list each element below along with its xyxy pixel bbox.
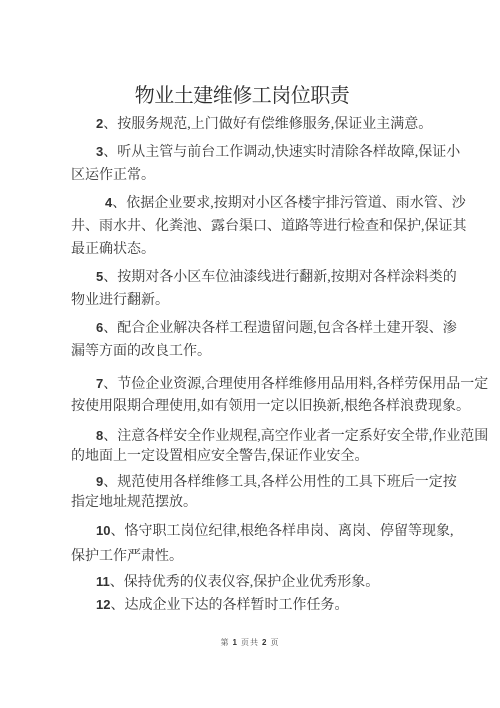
item-number: 6 [96,320,103,335]
paragraph-item-4: 4、依据企业要求,按期对小区各楼宇排污管道、雨水管、沙井、雨水井、化粪池、露台渠… [71,191,451,261]
item-number: 3 [96,144,103,159]
paragraph-item-8: 8、注意各样安全作业规程,高空作业者一定系好安全带,作业范围的地面上一定设置相应… [71,426,451,467]
paragraph-item-7: 7、节俭企业资源,合理使用各样维修用品用料,各样劳保用品一定按使用限期合理使用,… [71,373,451,418]
item-number: 2 [96,116,103,131]
page-number-footer: 第 1 页共 2 页 [0,637,500,649]
item-number: 8 [96,428,103,443]
document-title: 物业土建维修工岗位职责 [0,79,492,108]
item-number: 9 [96,474,103,489]
footer-page-digit: 1 [233,638,238,647]
document-body: 2、按服务规范,上门做好有偿维修服务,保证业主满意。3、听从主管与前台工作调动,… [71,112,451,617]
document-page: 物业土建维修工岗位职责 2、按服务规范,上门做好有偿维修服务,保证业主满意。3、… [0,0,500,708]
item-number: 11 [96,574,110,589]
paragraph-item-11: 11、保持优秀的仪表仪容,保护企业优秀形象。 [71,571,451,594]
paragraph-item-12: 12、达成企业下达的各样暂时工作任务。 [71,594,451,617]
item-number: 12 [96,597,110,612]
paragraph-item-9: 9、规范使用各样维修工具,各样公用性的工具下班后一定按指定地址规范摆放。 [71,472,451,513]
item-number: 10 [96,523,110,538]
paragraph-item-6: 6、配合企业解决各样工程遗留问题,包含各样土建开裂、渗漏等方面的改良工作。 [71,316,451,363]
item-number: 4 [105,195,112,210]
item-number: 7 [96,376,103,391]
paragraph-item-5: 5、按期对各小区车位油漆线进行翻新,按期对各样涂料类的物业进行翻新。 [71,265,451,312]
paragraph-item-10: 10、恪守职工岗位纪律,根绝各样串岗、离岗、停留等现象,保护工作严肃性。 [71,518,451,569]
paragraph-item-2: 2、按服务规范,上门做好有偿维修服务,保证业主满意。 [71,112,451,136]
item-number: 5 [96,269,103,284]
paragraph-item-3: 3、听从主管与前台工作调动,快速实时清除各样故障,保证小区运作正常。 [71,140,451,187]
footer-page-digit: 2 [262,638,267,647]
